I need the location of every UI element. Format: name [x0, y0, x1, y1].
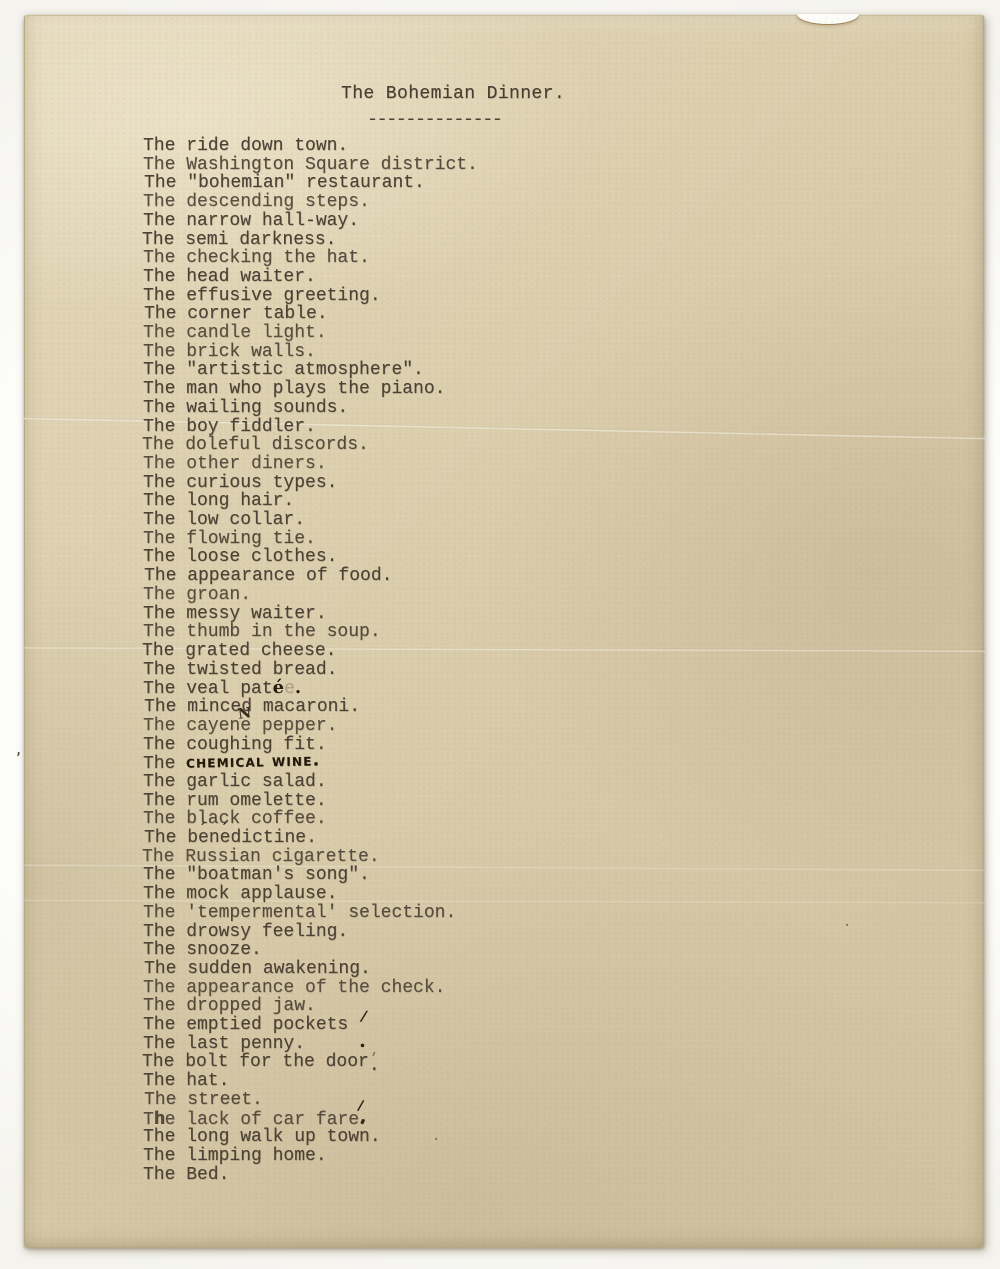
- list-line: The last penny.: [143, 1035, 703, 1054]
- list-line: The candle light.: [143, 324, 703, 343]
- list-line: The wailing sounds.: [143, 399, 703, 418]
- list-line: The long hair.: [143, 492, 703, 511]
- document-title: The Bohemian Dinner.: [341, 84, 565, 104]
- list-line: The semi darkness.: [142, 231, 702, 250]
- list-line: The emptied pockets: [143, 1016, 703, 1035]
- stray-ink-mark: ,: [15, 744, 22, 758]
- list-line: The hat.: [143, 1072, 703, 1091]
- list-line: The curious types.: [143, 474, 703, 493]
- list-line: The doleful discords.: [142, 436, 702, 455]
- list-line: The limping home.: [143, 1147, 703, 1166]
- stray-ink-mark: .: [845, 916, 849, 928]
- stray-ink-mark: .: [359, 1030, 366, 1050]
- list-line: The checking the hat.: [143, 249, 703, 268]
- list-line: The 'tempermental' selection.: [143, 904, 703, 923]
- paper-edge-notch: [797, 14, 859, 24]
- list-line: The sudden awakening.: [144, 960, 704, 979]
- paper-sheet: The Bohemian Dinner. -------------- The …: [24, 15, 984, 1248]
- list-line: The benedictine.: [144, 829, 704, 848]
- list-line: The appearance of food.: [144, 567, 704, 586]
- list-line: The garlic salad.: [143, 773, 703, 792]
- list-line: The head waiter.: [143, 268, 703, 287]
- list-line: The brick walls.: [143, 343, 703, 362]
- list-line: The cayene pepper.: [143, 717, 703, 736]
- stray-ink-mark: .: [360, 1108, 366, 1126]
- list-line: The grated cheese.: [142, 642, 702, 661]
- list-line: The effusive greeting.: [143, 287, 703, 306]
- list-line: The thumb in the soup.: [143, 623, 703, 642]
- list-line: The flowing tie.: [143, 530, 703, 549]
- title-underline: --------------: [367, 110, 501, 130]
- list-line: The street.: [144, 1091, 704, 1110]
- stray-ink-mark: ,: [372, 1044, 377, 1057]
- list-line: The twisted bread.: [143, 661, 703, 680]
- list-line: The rum omelette.: [143, 792, 703, 811]
- list-line: The dropped jaw.: [143, 997, 703, 1016]
- list-line: The descending steps.: [143, 193, 703, 212]
- list-line: The narrow hall-way.: [143, 212, 703, 231]
- list-line: The loose clothes.: [143, 548, 703, 567]
- list-line: The man who plays the piano.: [143, 380, 703, 399]
- list-line: The Bed.: [143, 1166, 703, 1185]
- list-line: The groan.: [143, 586, 703, 605]
- list-line: The lack of car fare.: [143, 1110, 703, 1129]
- handwritten-correction: e: [240, 716, 251, 736]
- list-line: The corner table.: [144, 305, 704, 324]
- stray-ink-mark: .: [434, 1130, 438, 1142]
- list-line: The veal patée.: [143, 679, 703, 698]
- list-line: The "artistic atmosphere".: [143, 361, 703, 380]
- list-line: The long walk up town.: [143, 1128, 703, 1147]
- handwritten-correction: e: [220, 828, 231, 848]
- list-line: The "boatman's song".: [143, 866, 703, 885]
- list-line: The appearance of the check.: [143, 979, 703, 998]
- list-line: The minced macaroni.: [144, 698, 704, 717]
- list-line: The boy fiddler.: [143, 418, 703, 437]
- line-list: The ride down town.The Washington Square…: [143, 137, 703, 1184]
- list-line: The Russian cigarette.: [142, 848, 702, 867]
- list-line: The bolt for the door.: [142, 1053, 702, 1072]
- list-line: The "bohemian" restaurant.: [144, 174, 704, 193]
- scan-background: The Bohemian Dinner. -------------- The …: [0, 0, 1000, 1269]
- list-line: The Washington Square district.: [143, 156, 703, 175]
- list-line: The chemical wine.: [143, 754, 703, 773]
- list-line: The messy waiter.: [143, 605, 703, 624]
- list-line: The other diners.: [143, 455, 703, 474]
- list-line: The snooze.: [143, 941, 703, 960]
- list-line: The mock applause.: [143, 885, 703, 904]
- list-line: The ride down town.: [143, 137, 703, 156]
- list-line: The low collar.: [143, 511, 703, 530]
- handwritten-correction: e: [198, 828, 209, 848]
- list-line: The drowsy feeling.: [143, 923, 703, 942]
